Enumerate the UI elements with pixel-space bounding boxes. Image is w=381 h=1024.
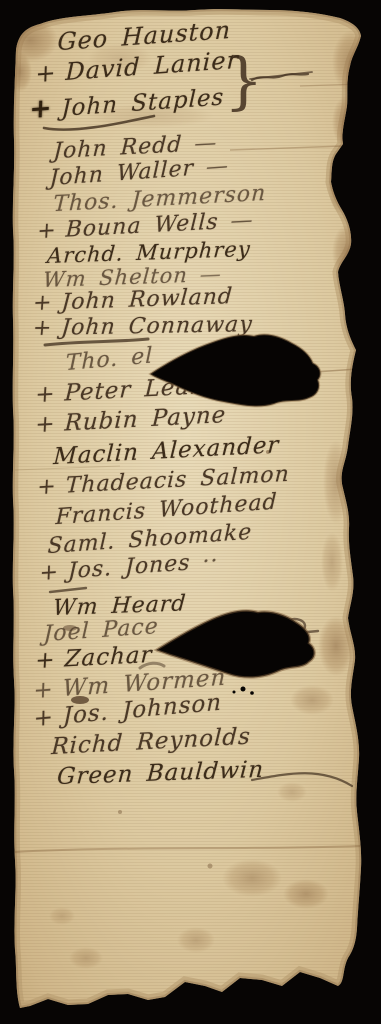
entry-dash: —	[199, 262, 223, 287]
entry-name: Peter Leak	[64, 373, 206, 406]
entry-dash: ··	[202, 548, 219, 574]
entry-dash: —	[206, 153, 230, 180]
entry-name: Green Bauldwin	[56, 757, 265, 790]
cross-mark: +	[37, 218, 58, 244]
entry-name: Tho. el	[66, 343, 154, 376]
list-entry: +Rubin Payne	[35, 402, 227, 438]
entry-name: John Staples	[61, 84, 225, 122]
entry-name: John Connaway	[60, 312, 253, 340]
entry-name: Richd Reynolds	[51, 724, 252, 761]
cross-mark: +	[32, 290, 53, 316]
list-entry: Green Bauldwin	[56, 757, 265, 790]
entry-name: Rubin Payne	[64, 402, 227, 437]
cross-mark: +	[34, 704, 55, 732]
cross-mark: +	[35, 59, 57, 89]
entry-dash: —	[230, 208, 254, 234]
list-entry: Tho. el	[66, 343, 154, 376]
cross-mark: +	[35, 381, 57, 408]
cross-mark: +	[39, 560, 59, 586]
list-entry: +John Staples	[29, 80, 225, 125]
photographed-manuscript: } Geo Hauston +David Lanier +John Staple…	[0, 0, 381, 1024]
list-entry: +Zachar	[35, 642, 154, 674]
list-entry: +John Connaway	[32, 312, 254, 341]
cross-mark: +	[32, 316, 54, 341]
cross-mark: +	[29, 92, 53, 125]
list-entry: Richd Reynolds	[51, 724, 252, 761]
entry-name: Zachar	[64, 642, 153, 673]
cross-mark: +	[33, 677, 54, 705]
cross-mark: +	[35, 411, 57, 438]
entry-name: John Rowland	[61, 284, 234, 315]
entry-dash: —	[216, 371, 241, 398]
cross-mark: +	[37, 474, 58, 500]
name-list: Geo Hauston +David Lanier +John Staples …	[0, 0, 381, 1024]
entry-dash: —	[194, 130, 218, 156]
cross-mark: +	[35, 647, 57, 674]
